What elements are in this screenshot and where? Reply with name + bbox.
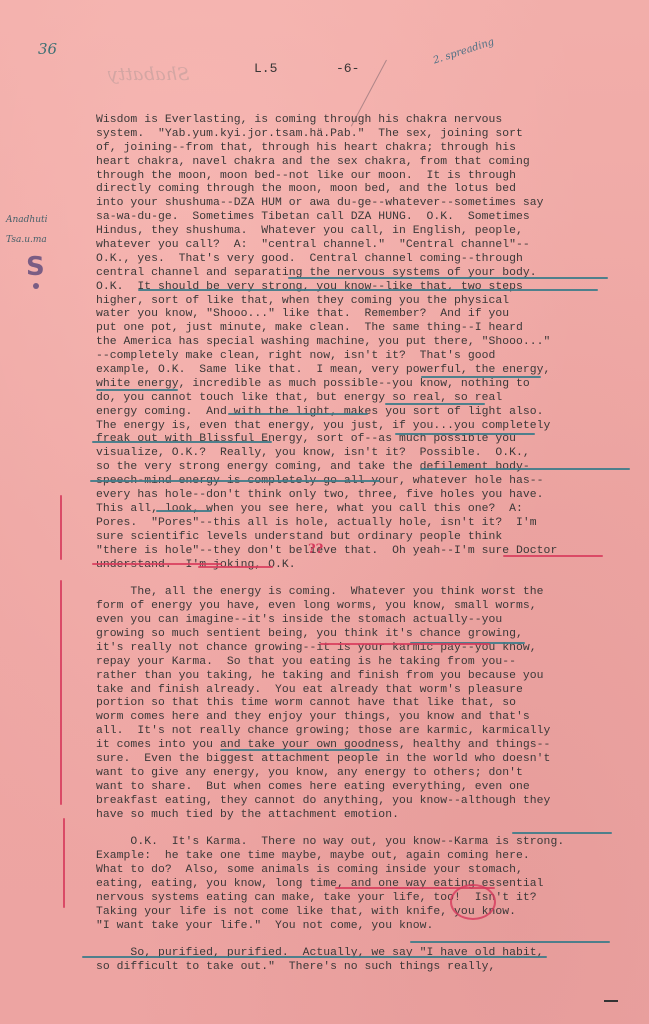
typed-body: Wisdom is Everlasting, is coming through… [96, 114, 646, 975]
red-circle-mark [450, 884, 496, 920]
typed-line: worm comes here and they enjoy your thin… [96, 711, 646, 725]
bleed-through-handwriting: Shabatty [108, 64, 190, 85]
section-label: L.5 [254, 61, 277, 76]
typed-line: --completely make clean, right now, isn'… [96, 350, 646, 364]
typed-line: whatever you call? A: "central channel."… [96, 239, 646, 253]
typed-line: O.K. It's Karma. There no way out, you k… [96, 836, 646, 850]
typed-line: Hindus, they shushuma. Whatever you call… [96, 225, 646, 239]
blue-underline [410, 941, 610, 943]
typed-line: "I want take your life." You not come, y… [96, 920, 646, 934]
typed-line: white energy, incredible as much possibl… [96, 378, 646, 392]
blue-underline [512, 832, 612, 834]
blue-underline [420, 468, 630, 470]
blue-underline [288, 277, 608, 279]
typed-line: every has hole--don't think only two, th… [96, 489, 646, 503]
typed-line: understand. I'm joking, O.K. [96, 559, 646, 573]
page-number: -6- [336, 61, 359, 76]
paragraph-gap [96, 572, 646, 586]
margin-dot-mark [33, 283, 39, 289]
paragraph-gap [96, 822, 646, 836]
typed-line: nervous systems eating can make, take yo… [96, 892, 646, 906]
typed-line: higher, sort of like that, when they com… [96, 295, 646, 309]
margin-name: Anadhuti [6, 210, 46, 230]
typed-line: sure scientific levels understand but or… [96, 531, 646, 545]
typed-line: O.K., yes. That's very good. Central cha… [96, 253, 646, 267]
margin-name: Tsa.u.ma [6, 230, 46, 250]
blue-underline [395, 433, 535, 435]
typed-line: water you know, "Shooo..." like that. Re… [96, 308, 646, 322]
blue-underline [90, 480, 380, 482]
typed-line: eating, eating, you know, long time, and… [96, 878, 646, 892]
red-underline [503, 555, 603, 557]
typed-line: the America has special washing machine,… [96, 336, 646, 350]
typed-line: into your shushuma--DZA HUM or awa du-ge… [96, 197, 646, 211]
typed-line: What to do? Also, some animals is coming… [96, 864, 646, 878]
typed-line: The, all the energy is coming. Whatever … [96, 586, 646, 600]
typed-line: of, joining--from that, through his hear… [96, 142, 646, 156]
red-margin-bar [63, 818, 65, 908]
typed-line: O.K. It should be very strong, you know-… [96, 281, 646, 295]
typed-line: do, you cannot touch like that, but ener… [96, 392, 646, 406]
typed-line: The energy is, even that energy, you jus… [96, 420, 646, 434]
typed-line: sa-wa-du-ge. Sometimes Tibetan call DZA … [96, 211, 646, 225]
red-underline [92, 563, 222, 565]
typed-line: growing so much sentient being, you thin… [96, 628, 646, 642]
typed-line: form of energy you have, even long worms… [96, 600, 646, 614]
blue-underline [156, 510, 212, 512]
typed-line: So, purified, purified. Actually, we say… [96, 947, 646, 961]
blue-underline [82, 956, 547, 958]
typed-line: heart chakra, navel chakra and the sex c… [96, 156, 646, 170]
red-underline [198, 566, 273, 568]
typed-line: rather than you taking, he taking and fi… [96, 670, 646, 684]
blue-underline [385, 403, 485, 405]
typed-line: put one pot, just minute, make clean. Th… [96, 322, 646, 336]
typescript-page: 36 Shabatty L.5 -6- 2. spreading Anadhut… [0, 0, 649, 1024]
handwritten-page-count: 36 [38, 40, 57, 58]
typed-line: even you can imagine--it's inside the st… [96, 614, 646, 628]
typed-line: energy coming. And with the light, makes… [96, 406, 646, 420]
typed-line: example, O.K. Same like that. I mean, ve… [96, 364, 646, 378]
typed-line: Wisdom is Everlasting, is coming through… [96, 114, 646, 128]
typed-line: Example: he take one time maybe, maybe o… [96, 850, 646, 864]
blue-underline [96, 389, 178, 391]
blue-underline [421, 376, 541, 378]
typed-line: directly coming through the moon, moon b… [96, 183, 646, 197]
typed-line: want to give any energy, you know, any e… [96, 767, 646, 781]
red-underline [320, 643, 490, 645]
typed-line: Pores. "Pores"--this all is hole, actual… [96, 517, 646, 531]
red-question-marks: ?? [308, 542, 323, 557]
typed-line: sure. Even the biggest attachment people… [96, 753, 646, 767]
red-margin-bar [60, 495, 62, 560]
typed-line: so difficult to take out." There's no su… [96, 961, 646, 975]
corner-mark [604, 1000, 618, 1002]
margin-names: Anadhuti Tsa.u.ma [6, 210, 46, 250]
blue-underline [228, 413, 368, 415]
red-margin-bar [60, 580, 62, 805]
typed-line: have so much tied by the attachment emot… [96, 809, 646, 823]
blue-underline [138, 289, 598, 291]
typed-line: portion so that this time worm cannot ha… [96, 697, 646, 711]
handwritten-top-note: 2. spreading [432, 36, 496, 66]
typed-line: all. It's not really chance growing; tho… [96, 725, 646, 739]
typed-line: want to share. But when comes here eatin… [96, 781, 646, 795]
margin-s-mark: S [26, 252, 45, 282]
typed-line: through the moon, moon bed--not like our… [96, 170, 646, 184]
blue-underline [92, 441, 272, 443]
typed-line: breakfast eating, they cannot do anythin… [96, 795, 646, 809]
blue-underline [220, 749, 380, 751]
typed-line: system. "Yab.yum.kyi.jor.tsam.hä.Pab." T… [96, 128, 646, 142]
typed-line: Taking your life is not come like that, … [96, 906, 646, 920]
typed-line: speech-mind energy is completely go all … [96, 475, 646, 489]
typed-line: take and finish already. You eat already… [96, 684, 646, 698]
typed-line: repay your Karma. So that you eating is … [96, 656, 646, 670]
typed-line: visualize, O.K.? Really, you know, isn't… [96, 447, 646, 461]
